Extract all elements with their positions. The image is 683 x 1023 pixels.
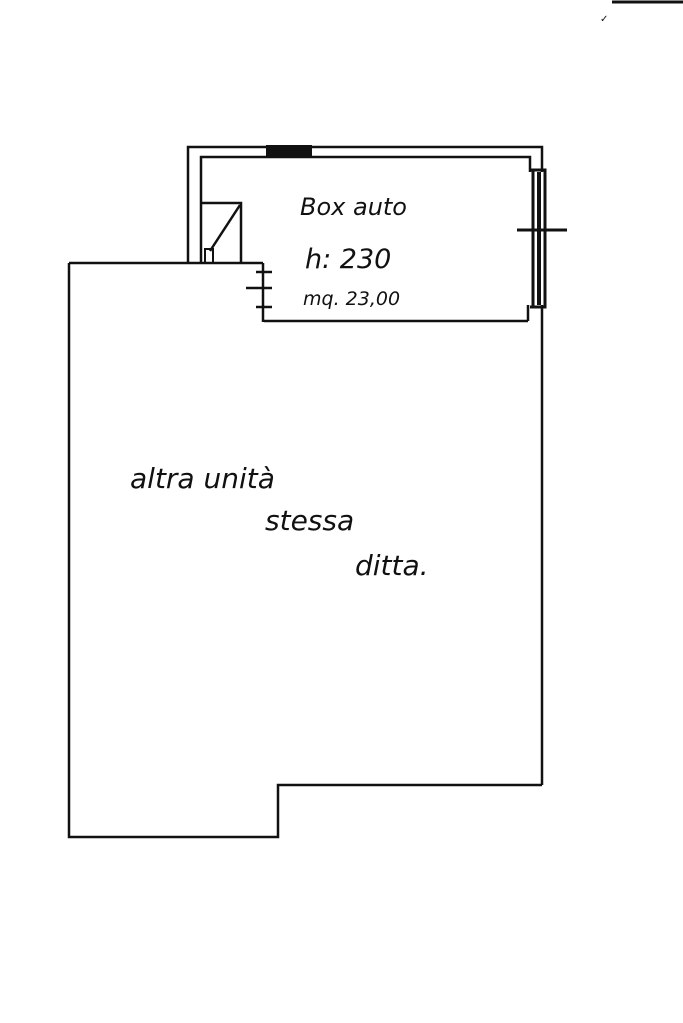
other-unit-line-3: ditta. — [355, 549, 429, 582]
other-unit-labels: altra unità stessa ditta. — [130, 462, 429, 582]
other-unit-line-1: altra unità — [130, 462, 275, 495]
top-opening — [266, 145, 312, 156]
stair-element — [202, 203, 241, 263]
other-unit-walls — [69, 263, 542, 837]
interior-door — [246, 263, 272, 322]
garage-labels: Box auto h: 230 mq. 23,00 — [300, 193, 407, 310]
floor-plan-drawing: ✓ Box auto — [0, 0, 683, 1023]
other-unit-line-2: stessa — [265, 504, 354, 537]
garage-area: mq. 23,00 — [303, 288, 400, 310]
garage-title: Box auto — [300, 193, 407, 221]
corner-tick-mark: ✓ — [600, 14, 608, 25]
garage-height: h: 230 — [305, 244, 391, 275]
scan-artifact: ✓ — [600, 2, 683, 25]
garage-door — [517, 170, 567, 307]
